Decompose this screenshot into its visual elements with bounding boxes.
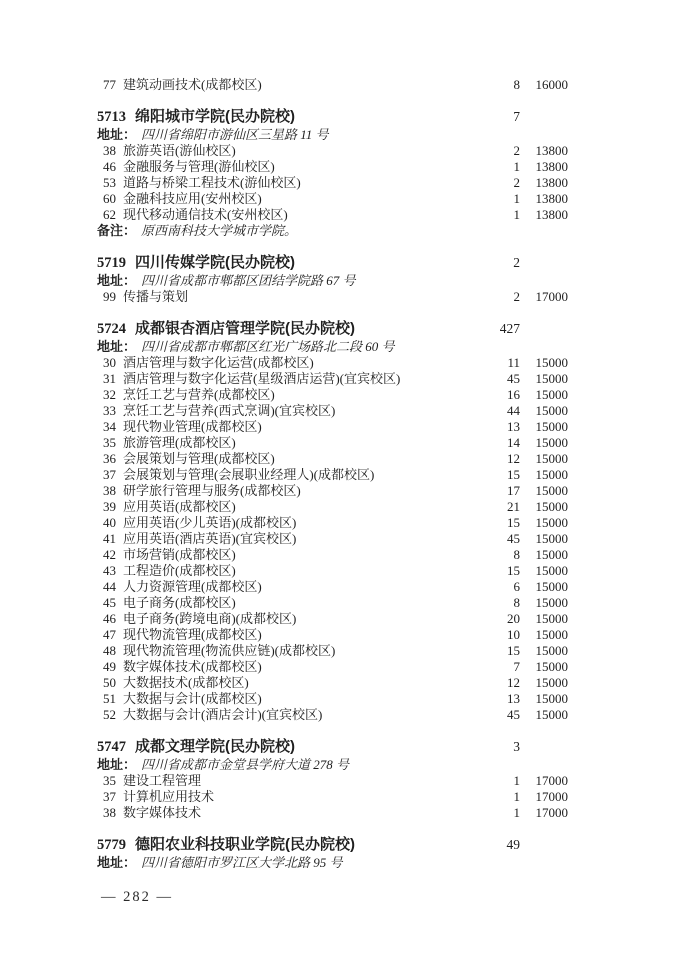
- major-row: 45 电子商务(成都校区) 8 15000: [97, 595, 568, 611]
- tuition-fee: 13800: [520, 175, 568, 191]
- tuition-fee: 15000: [520, 531, 568, 547]
- address-text: 四川省成都市金堂县学府大道 278 号: [141, 757, 568, 773]
- tuition-fee: 15000: [520, 387, 568, 403]
- plan-count: 14: [478, 435, 520, 451]
- plan-count: 12: [478, 451, 520, 467]
- tuition-fee: 15000: [520, 435, 568, 451]
- major-row: 35 建设工程管理 1 17000: [97, 773, 568, 789]
- address-row: 地址： 四川省成都市郫都区团结学院路 67 号: [97, 273, 568, 289]
- tuition-fee: 15000: [520, 371, 568, 387]
- tuition-fee: 13800: [520, 143, 568, 159]
- plan-count: 1: [478, 789, 520, 805]
- major-rows: 99 传播与策划 2 17000: [97, 289, 568, 305]
- major-row: 33 烹饪工艺与营养(西式烹调)(宜宾校区) 44 15000: [97, 403, 568, 419]
- major-number: 45: [97, 595, 116, 611]
- major-row: 32 烹饪工艺与营养(成都校区) 16 15000: [97, 387, 568, 403]
- major-name: 现代物流管理(物流供应链)(成都校区): [123, 643, 478, 659]
- major-number: 43: [97, 563, 116, 579]
- major-number: 53: [97, 175, 116, 191]
- major-number: 39: [97, 499, 116, 515]
- major-name: 道路与桥梁工程技术(游仙校区): [123, 175, 478, 191]
- tuition-fee: 15000: [520, 595, 568, 611]
- institution-code: 5713: [97, 107, 126, 127]
- major-number: 46: [97, 611, 116, 627]
- major-row: 48 现代物流管理(物流供应链)(成都校区) 15 15000: [97, 643, 568, 659]
- major-number: 33: [97, 403, 116, 419]
- plan-count: 12: [478, 675, 520, 691]
- plan-count: 6: [478, 579, 520, 595]
- institution-total-count: 3: [478, 737, 520, 757]
- major-row: 42 市场营销(成都校区) 8 15000: [97, 547, 568, 563]
- plan-count: 8: [478, 77, 520, 93]
- tuition-fee: 15000: [520, 659, 568, 675]
- major-number: 46: [97, 159, 116, 175]
- major-row: 38 研学旅行管理与服务(成都校区) 17 15000: [97, 483, 568, 499]
- institution-header: 5724 成都银杏酒店管理学院(民办院校) 427: [97, 319, 568, 339]
- tuition-fee: 15000: [520, 563, 568, 579]
- major-name: 建设工程管理: [123, 773, 478, 789]
- document-page: 77 建筑动画技术(成都校区) 8 16000 5713 绵阳城市学院(民办院校…: [0, 0, 680, 961]
- tuition-fee: 15000: [520, 483, 568, 499]
- major-row: 44 人力资源管理(成都校区) 6 15000: [97, 579, 568, 595]
- major-name: 现代物流管理(成都校区): [123, 627, 478, 643]
- address-text: 四川省成都市郫都区团结学院路 67 号: [141, 273, 568, 289]
- major-rows: 35 建设工程管理 1 17000 37 计算机应用技术 1 17000 38 …: [97, 773, 568, 821]
- major-number: 38: [97, 143, 116, 159]
- major-name: 应用英语(少儿英语)(成都校区): [123, 515, 478, 531]
- institution-total-count: 49: [478, 835, 520, 855]
- major-row: 99 传播与策划 2 17000: [97, 289, 568, 305]
- tuition-fee: 17000: [520, 805, 568, 821]
- major-row: 38 数字媒体技术 1 17000: [97, 805, 568, 821]
- major-row: 52 大数据与会计(酒店会计)(宜宾校区) 45 15000: [97, 707, 568, 723]
- institution-section: 5724 成都银杏酒店管理学院(民办院校) 427 地址： 四川省成都市郫都区红…: [97, 319, 568, 723]
- plan-count: 45: [478, 371, 520, 387]
- institution-code: 5719: [97, 253, 126, 273]
- institution-name: 德阳农业科技职业学院(民办院校): [135, 835, 478, 855]
- major-row: 37 会展策划与管理(会展职业经理人)(成都校区) 15 15000: [97, 467, 568, 483]
- plan-count: 7: [478, 659, 520, 675]
- tuition-fee: 15000: [520, 419, 568, 435]
- major-row: 77 建筑动画技术(成都校区) 8 16000: [97, 77, 568, 93]
- major-name: 电子商务(跨境电商)(成都校区): [123, 611, 478, 627]
- major-number: 44: [97, 579, 116, 595]
- major-row: 40 应用英语(少儿英语)(成都校区) 15 15000: [97, 515, 568, 531]
- page-footer: — 282 —: [101, 889, 173, 906]
- major-number: 41: [97, 531, 116, 547]
- major-row: 46 金融服务与管理(游仙校区) 1 13800: [97, 159, 568, 175]
- tuition-fee: 13800: [520, 159, 568, 175]
- tuition-fee: 15000: [520, 675, 568, 691]
- major-number: 35: [97, 773, 116, 789]
- major-row: 30 酒店管理与数字化运营(成都校区) 11 15000: [97, 355, 568, 371]
- institution-total-count: 7: [478, 107, 520, 127]
- tuition-fee: 15000: [520, 547, 568, 563]
- major-number: 48: [97, 643, 116, 659]
- plan-count: 45: [478, 531, 520, 547]
- tuition-fee: 15000: [520, 515, 568, 531]
- major-row: 47 现代物流管理(成都校区) 10 15000: [97, 627, 568, 643]
- note-label: 备注：: [97, 223, 136, 239]
- major-name: 传播与策划: [123, 289, 478, 305]
- address-text: 四川省成都市郫都区红光广场路北二段 60 号: [141, 339, 568, 355]
- major-name: 现代移动通信技术(安州校区): [123, 207, 478, 223]
- major-row: 51 大数据与会计(成都校区) 13 15000: [97, 691, 568, 707]
- major-number: 77: [97, 77, 116, 93]
- institution-name: 绵阳城市学院(民办院校): [135, 107, 478, 127]
- major-name: 人力资源管理(成都校区): [123, 579, 478, 595]
- major-number: 49: [97, 659, 116, 675]
- major-number: 30: [97, 355, 116, 371]
- institution-sections: 5713 绵阳城市学院(民办院校) 7 地址： 四川省绵阳市游仙区三星路 11 …: [97, 107, 568, 871]
- address-label: 地址：: [97, 855, 136, 871]
- major-number: 38: [97, 805, 116, 821]
- major-name: 数字媒体技术(成都校区): [123, 659, 478, 675]
- tuition-fee: 13800: [520, 191, 568, 207]
- major-name: 烹饪工艺与营养(成都校区): [123, 387, 478, 403]
- major-number: 47: [97, 627, 116, 643]
- major-row: 60 金融科技应用(安州校区) 1 13800: [97, 191, 568, 207]
- institution-total-count: 2: [478, 253, 520, 273]
- address-text: 四川省德阳市罗江区大学北路 95 号: [141, 855, 568, 871]
- major-name: 研学旅行管理与服务(成都校区): [123, 483, 478, 499]
- major-name: 数字媒体技术: [123, 805, 478, 821]
- institution-section: 5747 成都文理学院(民办院校) 3 地址： 四川省成都市金堂县学府大道 27…: [97, 737, 568, 821]
- major-row: 62 现代移动通信技术(安州校区) 1 13800: [97, 207, 568, 223]
- note-text: 原西南科技大学城市学院。: [141, 223, 568, 239]
- major-name: 会展策划与管理(会展职业经理人)(成都校区): [123, 467, 478, 483]
- major-row: 46 电子商务(跨境电商)(成都校区) 20 15000: [97, 611, 568, 627]
- tuition-fee: 15000: [520, 611, 568, 627]
- major-number: 37: [97, 789, 116, 805]
- plan-count: 20: [478, 611, 520, 627]
- major-name: 计算机应用技术: [123, 789, 478, 805]
- major-number: 62: [97, 207, 116, 223]
- major-row: 49 数字媒体技术(成都校区) 7 15000: [97, 659, 568, 675]
- plan-count: 1: [478, 191, 520, 207]
- plan-count: 15: [478, 563, 520, 579]
- plan-count: 13: [478, 419, 520, 435]
- tuition-fee: 13800: [520, 207, 568, 223]
- major-name: 应用英语(酒店英语)(宜宾校区): [123, 531, 478, 547]
- major-name: 烹饪工艺与营养(西式烹调)(宜宾校区): [123, 403, 478, 419]
- institution-section: 5779 德阳农业科技职业学院(民办院校) 49 地址： 四川省德阳市罗江区大学…: [97, 835, 568, 871]
- plan-count: 1: [478, 159, 520, 175]
- plan-count: 16: [478, 387, 520, 403]
- tuition-fee: 17000: [520, 289, 568, 305]
- major-name: 旅游管理(成都校区): [123, 435, 478, 451]
- address-row: 地址： 四川省绵阳市游仙区三星路 11 号: [97, 127, 568, 143]
- tuition-fee: 15000: [520, 467, 568, 483]
- major-name: 工程造价(成都校区): [123, 563, 478, 579]
- major-number: 99: [97, 289, 116, 305]
- major-row: 39 应用英语(成都校区) 21 15000: [97, 499, 568, 515]
- major-number: 34: [97, 419, 116, 435]
- institution-section: 5713 绵阳城市学院(民办院校) 7 地址： 四川省绵阳市游仙区三星路 11 …: [97, 107, 568, 239]
- institution-header: 5719 四川传媒学院(民办院校) 2: [97, 253, 568, 273]
- major-name: 现代物业管理(成都校区): [123, 419, 478, 435]
- major-name: 市场营销(成都校区): [123, 547, 478, 563]
- plan-count: 44: [478, 403, 520, 419]
- major-number: 35: [97, 435, 116, 451]
- institution-code: 5747: [97, 737, 126, 757]
- tuition-fee: 15000: [520, 627, 568, 643]
- major-rows: 30 酒店管理与数字化运营(成都校区) 11 15000 31 酒店管理与数字化…: [97, 355, 568, 723]
- institution-code: 5724: [97, 319, 126, 339]
- major-row: 38 旅游英语(游仙校区) 2 13800: [97, 143, 568, 159]
- major-name: 建筑动画技术(成都校区): [123, 77, 478, 93]
- major-name: 电子商务(成都校区): [123, 595, 478, 611]
- institution-name: 成都银杏酒店管理学院(民办院校): [135, 319, 478, 339]
- address-row: 地址： 四川省成都市郫都区红光广场路北二段 60 号: [97, 339, 568, 355]
- plan-count: 1: [478, 805, 520, 821]
- major-row: 36 会展策划与管理(成都校区) 12 15000: [97, 451, 568, 467]
- address-label: 地址：: [97, 127, 136, 143]
- major-name: 大数据与会计(酒店会计)(宜宾校区): [123, 707, 478, 723]
- major-name: 金融科技应用(安州校区): [123, 191, 478, 207]
- major-number: 37: [97, 467, 116, 483]
- major-name: 酒店管理与数字化运营(星级酒店运营)(宜宾校区): [123, 371, 478, 387]
- plan-count: 17: [478, 483, 520, 499]
- major-row: 34 现代物业管理(成都校区) 13 15000: [97, 419, 568, 435]
- address-row: 地址： 四川省成都市金堂县学府大道 278 号: [97, 757, 568, 773]
- institution-section: 5719 四川传媒学院(民办院校) 2 地址： 四川省成都市郫都区团结学院路 6…: [97, 253, 568, 305]
- plan-count: 11: [478, 355, 520, 371]
- major-number: 31: [97, 371, 116, 387]
- institution-name: 四川传媒学院(民办院校): [135, 253, 478, 273]
- address-text: 四川省绵阳市游仙区三星路 11 号: [141, 127, 568, 143]
- plan-count: 21: [478, 499, 520, 515]
- institution-name: 成都文理学院(民办院校): [135, 737, 478, 757]
- major-row: 41 应用英语(酒店英语)(宜宾校区) 45 15000: [97, 531, 568, 547]
- plan-count: 2: [478, 143, 520, 159]
- plan-count: 13: [478, 691, 520, 707]
- major-name: 大数据与会计(成都校区): [123, 691, 478, 707]
- plan-count: 1: [478, 207, 520, 223]
- major-row: 50 大数据技术(成都校区) 12 15000: [97, 675, 568, 691]
- major-name: 酒店管理与数字化运营(成都校区): [123, 355, 478, 371]
- major-number: 42: [97, 547, 116, 563]
- major-number: 36: [97, 451, 116, 467]
- major-name: 会展策划与管理(成都校区): [123, 451, 478, 467]
- address-label: 地址：: [97, 273, 136, 289]
- plan-count: 15: [478, 515, 520, 531]
- plan-count: 2: [478, 175, 520, 191]
- address-label: 地址：: [97, 757, 136, 773]
- address-row: 地址： 四川省德阳市罗江区大学北路 95 号: [97, 855, 568, 871]
- institution-total-count: 427: [478, 319, 520, 339]
- institution-header: 5779 德阳农业科技职业学院(民办院校) 49: [97, 835, 568, 855]
- major-name: 旅游英语(游仙校区): [123, 143, 478, 159]
- plan-count: 2: [478, 289, 520, 305]
- major-row: 43 工程造价(成都校区) 15 15000: [97, 563, 568, 579]
- major-name: 金融服务与管理(游仙校区): [123, 159, 478, 175]
- admission-plan-list: 77 建筑动画技术(成都校区) 8 16000 5713 绵阳城市学院(民办院校…: [97, 77, 568, 871]
- major-number: 60: [97, 191, 116, 207]
- major-number: 38: [97, 483, 116, 499]
- major-row: 35 旅游管理(成都校区) 14 15000: [97, 435, 568, 451]
- major-name: 大数据技术(成都校区): [123, 675, 478, 691]
- tuition-fee: 16000: [520, 77, 568, 93]
- tuition-fee: 15000: [520, 643, 568, 659]
- tuition-fee: 15000: [520, 403, 568, 419]
- address-label: 地址：: [97, 339, 136, 355]
- tuition-fee: 15000: [520, 499, 568, 515]
- institution-header: 5747 成都文理学院(民办院校) 3: [97, 737, 568, 757]
- plan-count: 15: [478, 467, 520, 483]
- tuition-fee: 15000: [520, 451, 568, 467]
- plan-count: 10: [478, 627, 520, 643]
- plan-count: 45: [478, 707, 520, 723]
- institution-code: 5779: [97, 835, 126, 855]
- tuition-fee: 15000: [520, 579, 568, 595]
- tuition-fee: 15000: [520, 355, 568, 371]
- tuition-fee: 17000: [520, 773, 568, 789]
- plan-count: 1: [478, 773, 520, 789]
- major-number: 51: [97, 691, 116, 707]
- major-row: 53 道路与桥梁工程技术(游仙校区) 2 13800: [97, 175, 568, 191]
- major-row: 37 计算机应用技术 1 17000: [97, 789, 568, 805]
- major-rows: 38 旅游英语(游仙校区) 2 13800 46 金融服务与管理(游仙校区) 1…: [97, 143, 568, 223]
- note-row: 备注： 原西南科技大学城市学院。: [97, 223, 568, 239]
- institution-header: 5713 绵阳城市学院(民办院校) 7: [97, 107, 568, 127]
- plan-count: 8: [478, 595, 520, 611]
- major-number: 50: [97, 675, 116, 691]
- major-name: 应用英语(成都校区): [123, 499, 478, 515]
- major-row: 31 酒店管理与数字化运营(星级酒店运营)(宜宾校区) 45 15000: [97, 371, 568, 387]
- tuition-fee: 17000: [520, 789, 568, 805]
- major-number: 52: [97, 707, 116, 723]
- plan-count: 8: [478, 547, 520, 563]
- major-number: 40: [97, 515, 116, 531]
- tuition-fee: 15000: [520, 691, 568, 707]
- major-number: 32: [97, 387, 116, 403]
- plan-count: 15: [478, 643, 520, 659]
- tuition-fee: 15000: [520, 707, 568, 723]
